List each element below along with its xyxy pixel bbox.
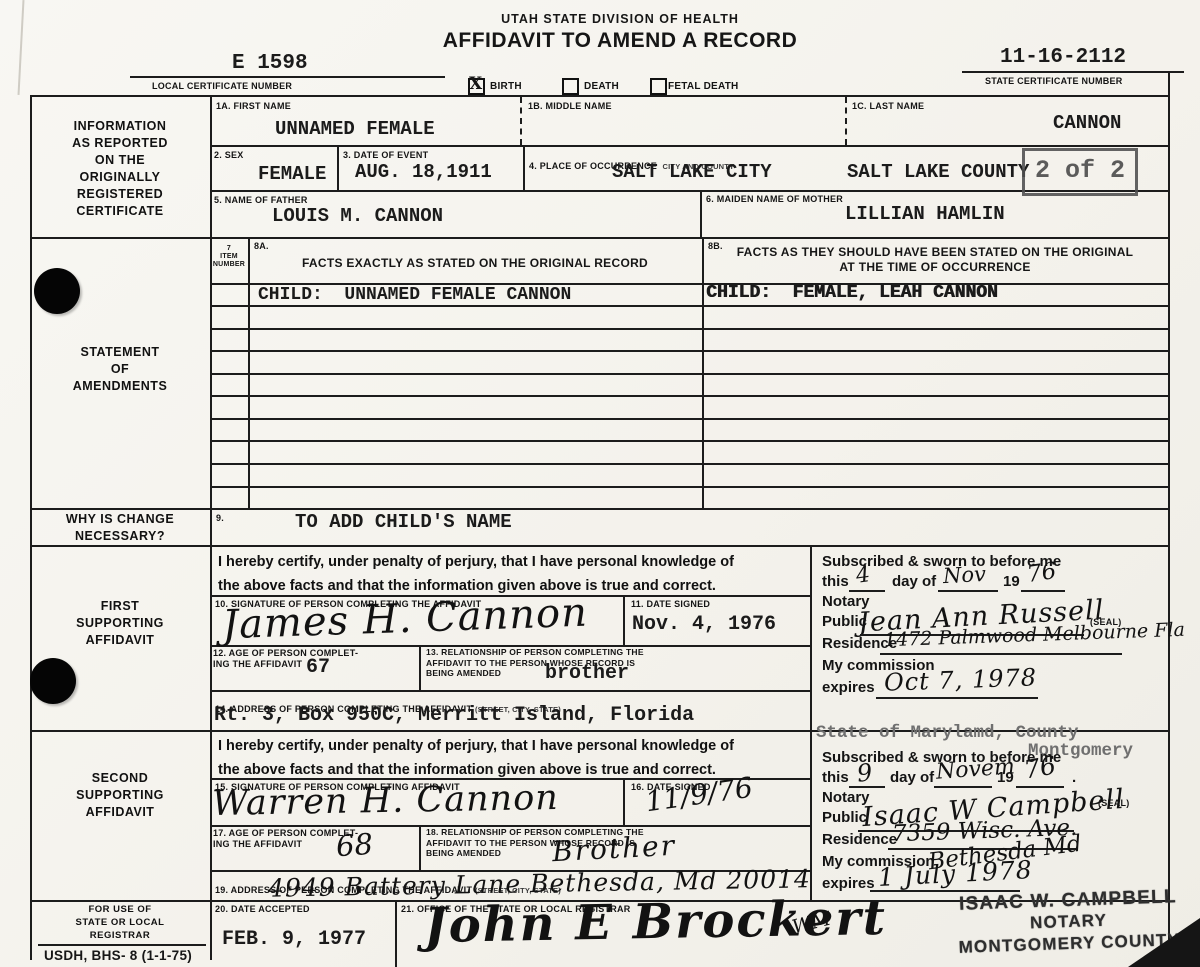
grid-line xyxy=(210,463,1170,465)
why-change-number: 9. xyxy=(216,513,224,524)
age2-value: 68 xyxy=(335,827,374,863)
birth-checkbox-mark: X xyxy=(469,74,482,94)
grid-line xyxy=(210,350,1170,352)
grid-line xyxy=(810,545,812,900)
sex-label: 2. SEX xyxy=(214,150,244,161)
grid-line xyxy=(248,237,250,508)
relationship2-value: Brother xyxy=(551,829,677,868)
notary2-year-value: 76 xyxy=(1022,750,1058,784)
place-city-value: SALT LAKE CITY xyxy=(612,161,772,183)
notary2-seal-label: (SEAL) xyxy=(1098,798,1130,809)
page-count-stamp: 2 of 2 xyxy=(1022,148,1138,196)
grid-line xyxy=(210,440,1170,442)
notary1-expires-value: Oct 7, 1978 xyxy=(884,663,1038,696)
relationship1-value: brother xyxy=(545,662,629,685)
grid-line xyxy=(30,237,1170,239)
grid-line xyxy=(1168,71,1170,961)
notary2-residence-label: Residence xyxy=(822,831,897,848)
notary2-day-underline xyxy=(849,786,885,788)
notary2-this-word: this xyxy=(822,769,849,786)
local-certificate-number: E 1598 xyxy=(232,52,308,75)
notary1-residence-underline xyxy=(880,653,1122,655)
notary2-month-underline xyxy=(934,786,992,788)
grid-line xyxy=(520,97,522,145)
grid-line xyxy=(337,145,339,190)
grid-line xyxy=(210,95,212,960)
grid-line xyxy=(210,145,1170,147)
last-name-label: 1C. LAST NAME xyxy=(852,101,924,112)
grid-line xyxy=(395,900,397,967)
notary1-year-underline xyxy=(1021,590,1065,592)
grid-line xyxy=(210,373,1170,375)
facts-original-value: CHILD: UNNAMED FEMALE CANNON xyxy=(258,285,571,305)
birth-checkbox[interactable]: X xyxy=(468,78,485,95)
grid-line xyxy=(419,645,421,690)
facts-amended-value: CHILD: FEMALE, LEAH CANNON xyxy=(706,283,998,303)
date-accepted-label: 20. DATE ACCEPTED xyxy=(215,904,310,915)
date-of-event-value: AUG. 18,1911 xyxy=(355,161,492,183)
grid-line xyxy=(210,328,1170,330)
notary2-dayof-word: day of xyxy=(890,769,934,786)
date-signed1-value: Nov. 4, 1976 xyxy=(632,613,776,636)
birth-checkbox-label: BIRTH xyxy=(490,82,522,93)
father-name-label: 5. NAME OF FATHER xyxy=(214,195,308,206)
notary1-this-word: this xyxy=(822,573,849,590)
middle-name-label: 1B. MIDDLE NAME xyxy=(528,101,612,112)
notary1-dayof-word: day of xyxy=(892,573,936,590)
notary1-day-underline xyxy=(849,590,885,592)
grid-line xyxy=(210,690,810,692)
first-name-label: 1A. FIRST NAME xyxy=(216,101,291,112)
notary2-period: . xyxy=(1072,769,1076,786)
state-certificate-number: 11-16-2112 xyxy=(1000,46,1126,69)
date-of-event-label: 3. DATE OF EVENT xyxy=(343,150,428,161)
sex-value: FEMALE xyxy=(258,163,326,185)
section-label-why-change: WHY IS CHANGE NECESSARY? xyxy=(30,511,210,545)
form-number: USDH, BHS- 8 (1-1-75) xyxy=(44,948,192,963)
grid-line xyxy=(210,395,1170,397)
notary2-year-prefix: 19 xyxy=(997,769,1014,786)
fetal-death-checkbox[interactable] xyxy=(650,78,667,95)
notary2-expires-underline xyxy=(870,890,1020,892)
local-certificate-label: LOCAL CERTIFICATE NUMBER xyxy=(152,81,292,92)
notary1-year-prefix: 19 xyxy=(1003,573,1020,590)
hole-punch xyxy=(34,268,80,314)
age1-label: 12. AGE OF PERSON COMPLET- ING THE AFFID… xyxy=(213,648,358,669)
section-label-first-affidavit: FIRST SUPPORTING AFFIDAVIT xyxy=(30,598,210,649)
certification-text-1: I hereby certify, under penalty of perju… xyxy=(218,550,808,598)
grid-line xyxy=(523,145,525,190)
grid-line xyxy=(38,944,206,946)
scan-edge-line xyxy=(18,0,25,95)
notary1-year-value: 76 xyxy=(1025,558,1058,588)
local-certificate-underline xyxy=(130,76,445,78)
page-title: AFFIDAVIT TO AMEND A RECORD xyxy=(300,29,940,53)
facts-amended-title: FACTS AS THEY SHOULD HAVE BEEN STATED ON… xyxy=(702,245,1168,275)
address1-value: Rt. 3, Box 950C, Merritt Island, Florida xyxy=(214,704,694,727)
grid-line xyxy=(623,778,625,825)
section-label-original-info: INFORMATION AS REPORTED ON THE ORIGINALL… xyxy=(30,118,210,220)
age1-value: 67 xyxy=(306,656,330,679)
first-name-value: UNNAMED FEMALE xyxy=(275,118,435,140)
notary1-expires-label: expires xyxy=(822,679,875,696)
page-count-stamp-text: 2 of 2 xyxy=(1025,156,1135,185)
facts-original-title: FACTS EXACTLY AS STATED ON THE ORIGINAL … xyxy=(248,256,702,271)
death-checkbox[interactable] xyxy=(562,78,579,95)
section-label-second-affidavit: SECOND SUPPORTING AFFIDAVIT xyxy=(30,770,210,821)
notary2-year-underline xyxy=(1016,786,1064,788)
mother-name-label: 6. MAIDEN NAME OF MOTHER xyxy=(706,194,843,205)
state-certificate-label: STATE CERTIFICATE NUMBER xyxy=(985,76,1123,87)
facts-original-number: 8A. xyxy=(254,241,269,252)
grid-line xyxy=(210,305,1170,307)
father-name-value: LOUIS M. CANNON xyxy=(272,205,443,227)
agency-name: UTAH STATE DIVISION OF HEALTH xyxy=(300,12,940,26)
grid-line xyxy=(419,825,421,870)
grid-line xyxy=(30,95,1170,97)
grid-line xyxy=(845,97,847,145)
notary2-public-word: Public xyxy=(822,809,867,826)
grid-line xyxy=(210,418,1170,420)
grid-line xyxy=(623,595,625,645)
grid-line xyxy=(30,545,1170,547)
item-number-header: 7 ITEM NUMBER xyxy=(210,245,248,269)
grid-line xyxy=(702,237,704,508)
mother-name-value: LILLIAN HAMLIN xyxy=(845,203,1005,225)
notary1-month-value: Nov xyxy=(942,562,986,588)
place-county-value: SALT LAKE COUNTY xyxy=(847,161,1029,183)
date-accepted-value: FEB. 9, 1977 xyxy=(222,928,366,951)
notary2-state-line: State of Marylamd, County xyxy=(816,723,1079,743)
grid-line xyxy=(30,508,1170,510)
scanned-affidavit-document: UTAH STATE DIVISION OF HEALTH AFFIDAVIT … xyxy=(0,0,1200,967)
grid-line xyxy=(210,486,1170,488)
section-label-registrar-use: FOR USE OF STATE OR LOCAL REGISTRAR xyxy=(30,903,210,942)
why-change-value: TO ADD CHILD'S NAME xyxy=(295,511,512,533)
fetal-death-checkbox-label: FETAL DEATH xyxy=(668,82,739,93)
last-name-value: CANNON xyxy=(1053,112,1121,134)
notary1-expires-underline xyxy=(876,697,1038,699)
state-certificate-underline xyxy=(962,71,1184,73)
section-label-amendments: STATEMENT OF AMENDMENTS xyxy=(30,344,210,395)
hole-punch xyxy=(30,658,76,704)
date-signed1-label: 11. DATE SIGNED xyxy=(631,599,710,610)
notary2-day-value: 9 xyxy=(856,758,874,787)
grid-line xyxy=(700,190,702,237)
notary1-month-underline xyxy=(938,590,998,592)
death-checkbox-label: DEATH xyxy=(584,82,619,93)
signature2-value: Warren H. Cannon xyxy=(212,778,559,824)
